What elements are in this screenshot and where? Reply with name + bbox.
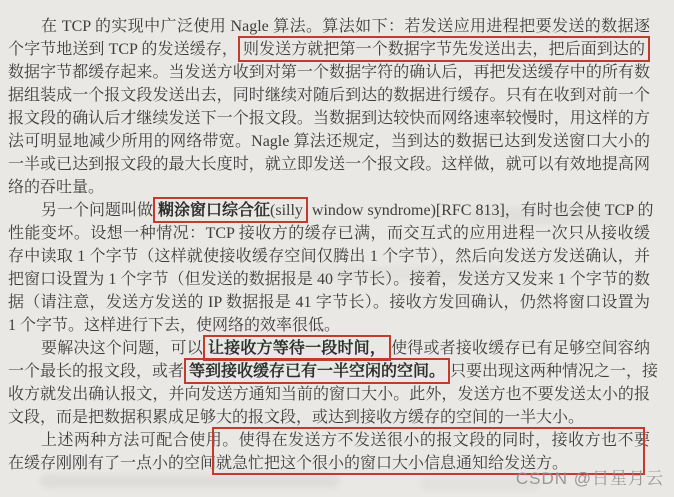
text-line: 报文段的确认后才继续发送下一个报文段。当数据到达较快而网络速率较慢时，用这样的方 [8,107,650,130]
text-line: 把窗口设置为 1 个字节（但发送的数据报是 40 字节长）。接着，发送方又发来 … [8,268,650,291]
watermark: CSDN @日星月云 [516,464,664,489]
text-line: 上述两种方法可配合使用。使得在发送方不发送很小的报文段的同时，接收方也不要 [8,429,650,452]
text-segment: 性能变坏。设想一种情况：TCP 接收方的缓存已满，而交互式的应用进程一次只从接收… [8,225,650,242]
text-segment: 要解决这个问题，可以 [41,340,203,357]
text-line: 要解决这个问题，可以让接收方等待一段时间，使得或者接收缓存已有足够空间容纳 [8,337,650,360]
text-segment: 1 个字节。这样进行下去，使网络的效率很低。 [8,317,340,334]
text-line: 法可明显地减少所用的网络带宽。Nagle 算法还规定，当到达的数据已达到发送窗口… [8,130,650,153]
text-line: 文段，而是把数据积累成足够大的报文段，或达到接收方缓存的空间的一半大小。 [8,406,650,429]
scan-bleed-smudge [40,474,340,488]
text-line: 据（请注意，发送方发送的 IP 数据报是 41 字节长）。接收方发回确认，仍然将… [8,291,650,314]
text-line: 数据字节都缓存起来。当发送方收到对第一个数据字符的确认后，再把发送缓存中的所有数 [8,61,650,84]
annotation-box-inline: 糊涂窗口综合征 [153,197,270,223]
text-line: 另一个问题叫做糊涂窗口综合征(silly window syndrome)[RF… [8,199,650,222]
text-line: 收方就发出确认报文，并向发送方通知当前的窗口大小。此外，发送方也不要发送太小的报 [8,383,650,406]
annotation-box-inline: (silly [270,197,308,223]
text-segment: 一半或已达到报文段的最大长度时，就立即发送一个报文段。这样做，就可以有效地提高网 [8,156,650,173]
text-segment: 数据字节都缓存起来。当发送方收到对第一个数据字符的确认后，再把发送缓存中的所有数 [8,64,650,81]
text-segment: 上述两种方法可配合使用。使得在发送方不发送很小的报文段的同时，接收方也不要 [41,432,650,449]
text-segment: 收方就发出确认报文，并向发送方通知当前的窗口大小。此外，发送方也不要发送太小的报 [8,386,650,403]
text-segment: 使得或者接收缓存已有足够空间容纳 [391,340,650,357]
text-segment: 据组装成一个报文段发送出去，同时继续对随后到达的数据进行缓存。只有在收到对前一个 [8,87,650,104]
text-segment: 在缓存刚刚有了一点小的空间就急忙把这个很小的窗口大小信息通知给发送方。 [8,455,568,472]
text-line: 络的吞吐量。 [8,176,650,199]
text-line: 1 个字节。这样进行下去，使网络的效率很低。 [8,314,650,337]
text-segment: 据（请注意，发送方发送的 IP 数据报是 41 字节长）。接收方发回确认，仍然将… [8,294,650,311]
text-segment: 文段，而是把数据积累成足够大的报文段，或达到接收方缓存的空间的一半大小。 [8,409,584,426]
text-segment: 报文段的确认后才继续发送下一个报文段。当数据到达较快而网络速率较慢时，用这样的方 [8,110,650,127]
text-segment: 存中读取 1 个字节（这样就使接收缓存空间仅腾出 1 个字节），然后向发送方发送… [8,248,650,265]
text-segment: 个字节地送到 TCP 的发送缓存， [8,41,238,58]
text-segment: 只要出现这两种情况之一，接 [450,363,658,380]
text-line: 在 TCP 的实现中广泛使用 Nagle 算法。算法如下：若发送应用进程把要发送… [8,15,650,38]
text-line: 一半或已达到报文段的最大长度时，就立即发送一个报文段。这样做，就可以有效地提高网 [8,153,650,176]
text-segment: window syndrome)[RFC 813]，有时也会使 TCP 的 [308,202,654,219]
annotation-box-inline: 则发送方就把第一个数据字节先发送出去，把后面到达的 [238,36,650,62]
text-line: 个字节地送到 TCP 的发送缓存，则发送方就把第一个数据字节先发送出去，把后面到… [8,38,650,61]
annotation-box-inline: 等到接收缓存已有一半空闲的空间。 [184,358,450,384]
scanned-textbook-page: 在 TCP 的实现中广泛使用 Nagle 算法。算法如下：若发送应用进程把要发送… [0,0,674,497]
text-line: 存中读取 1 个字节（这样就使接收缓存空间仅腾出 1 个字节），然后向发送方发送… [8,245,650,268]
text-segment: 法可明显地减少所用的网络带宽。Nagle 算法还规定，当到达的数据已达到发送窗口… [8,133,650,150]
text-line: 性能变坏。设想一种情况：TCP 接收方的缓存已满，而交互式的应用进程一次只从接收… [8,222,650,245]
text-segment: 络的吞吐量。 [8,179,104,196]
text-segment: 在 TCP 的实现中广泛使用 Nagle 算法。算法如下：若发送应用进程把要发送… [41,18,650,35]
text-segment: 把窗口设置为 1 个字节（但发送的数据报是 40 字节长）。接着，发送方又发来 … [8,271,650,288]
text-segment: 另一个问题叫做 [41,202,153,219]
body-text: 在 TCP 的实现中广泛使用 Nagle 算法。算法如下：若发送应用进程把要发送… [0,0,674,475]
text-line: 据组装成一个报文段发送出去，同时继续对随后到达的数据进行缓存。只有在收到对前一个 [8,84,650,107]
text-segment: 一个最长的报文段，或者 [8,363,184,380]
text-line: 一个最长的报文段，或者等到接收缓存已有一半空闲的空间。只要出现这两种情况之一，接 [8,360,650,383]
